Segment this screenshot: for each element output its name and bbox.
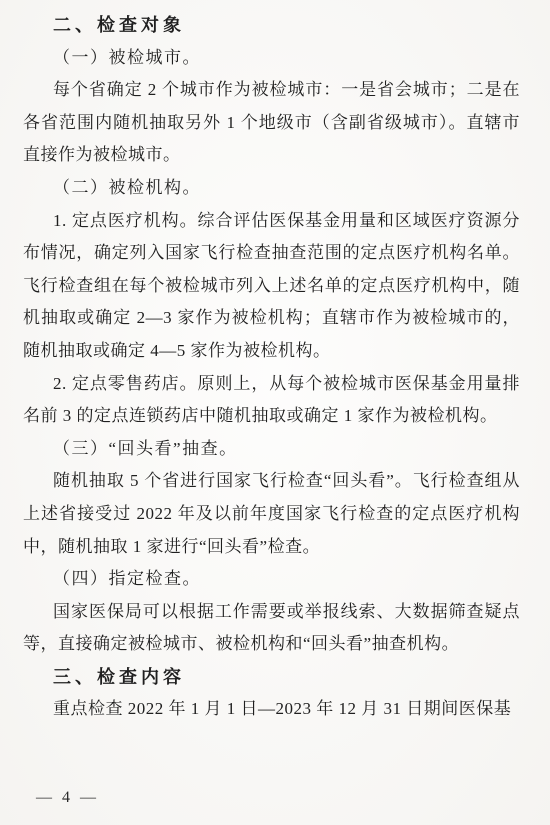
paragraph-designated-inspection-detail: 国家医保局可以根据工作需要或举报线索、大数据筛查疑点等，直接确定被检城市、被检机…: [23, 596, 520, 661]
document-page-body: 二、检查对象 （一）被检城市。 每个省确定 2 个城市作为被检城市：一是省会城市…: [23, 9, 520, 726]
paragraph-designated-retail-pharmacies: 2. 定点零售药店。原则上，从每个被检城市医保基金用量排名前 3 的定点连锁药店…: [23, 368, 520, 433]
heading-inspection-content: 三、检查内容: [23, 661, 520, 694]
subheading-inspected-institutions: （二）被检机构。: [23, 172, 520, 205]
subheading-designated-inspection: （四）指定检查。: [23, 563, 520, 596]
page-number: — 4 —: [36, 789, 99, 807]
heading-inspection-targets: 二、检查对象: [23, 9, 520, 42]
subheading-inspected-cities: （一）被检城市。: [23, 42, 520, 75]
paragraph-lookback-detail: 随机抽取 5 个省进行国家飞行检查“回头看”。飞行检查组从上述省接受过 2022…: [23, 465, 520, 563]
paragraph-inspection-period: 重点检查 2022 年 1 月 1 日—2023 年 12 月 31 日期间医保…: [23, 693, 520, 726]
subheading-lookback-sampling: （三）“回头看”抽查。: [23, 433, 520, 466]
paragraph-city-selection: 每个省确定 2 个城市作为被检城市：一是省会城市；二是在各省范围内随机抽取另外 …: [23, 74, 520, 172]
paragraph-designated-medical-institutions: 1. 定点医疗机构。综合评估医保基金用量和区域医疗资源分布情况，确定列入国家飞行…: [23, 205, 520, 368]
